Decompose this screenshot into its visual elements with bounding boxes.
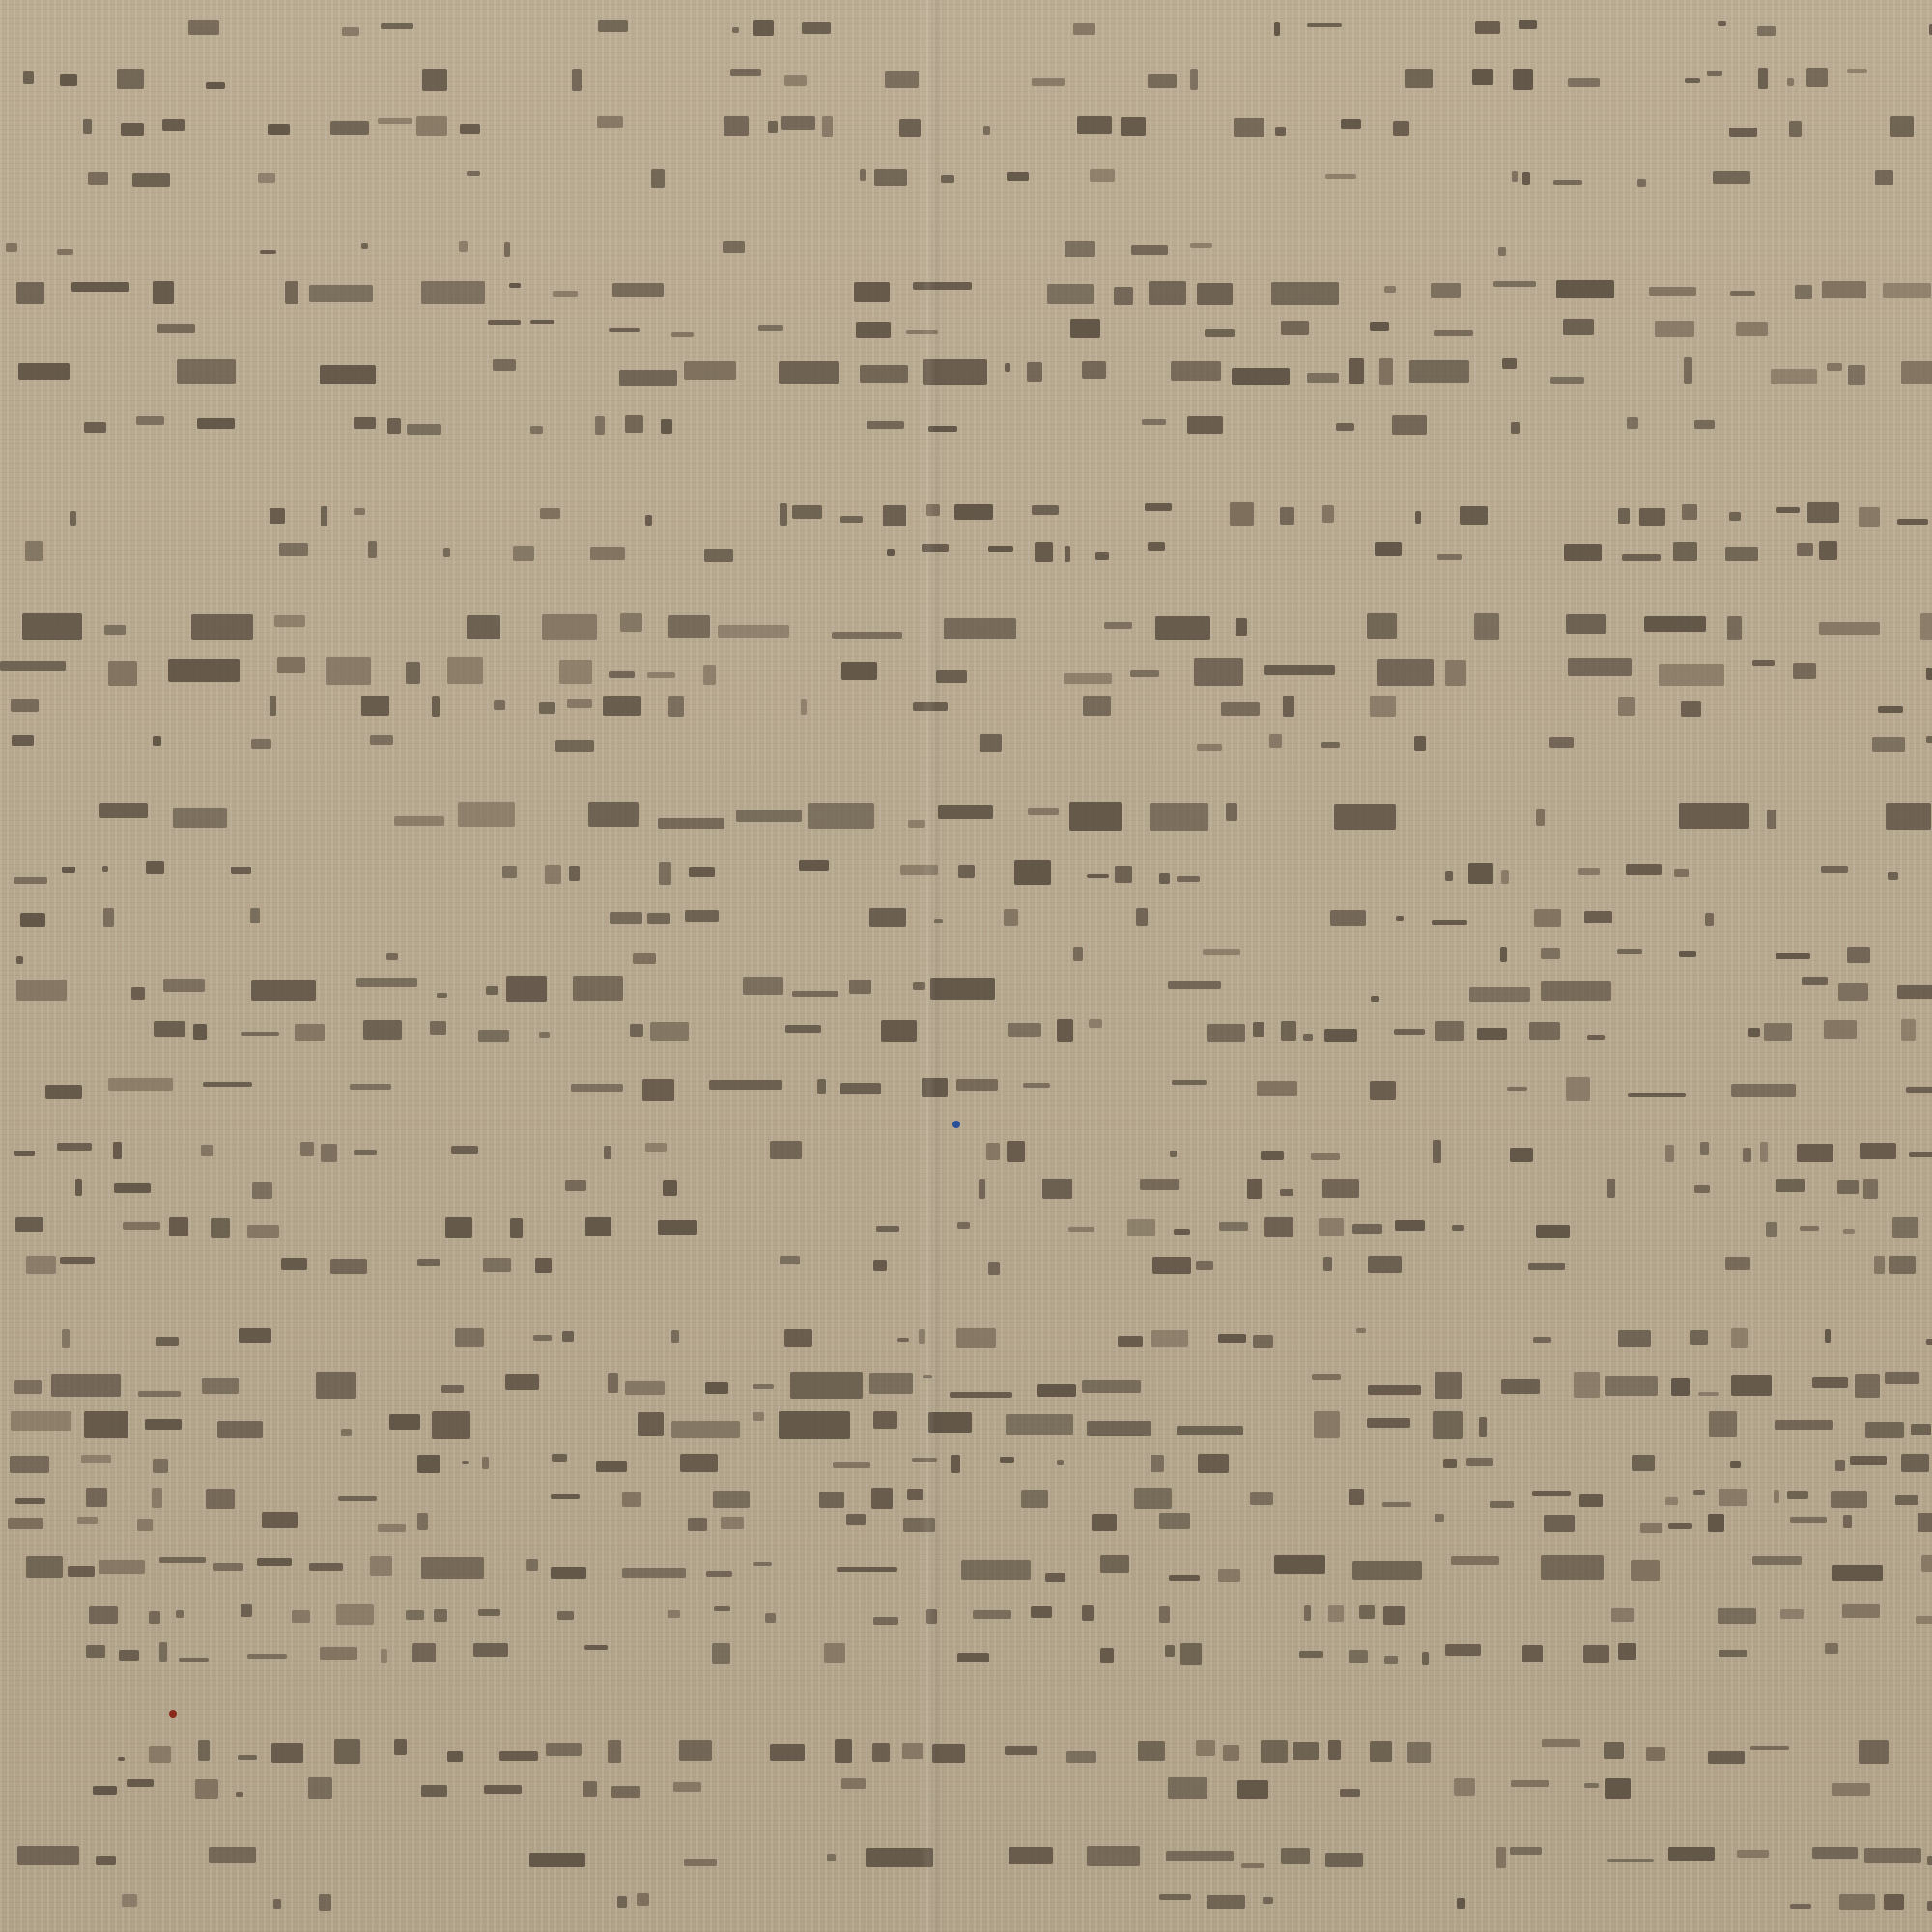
motif-stroke — [473, 1643, 508, 1658]
motif-stroke — [1415, 511, 1421, 524]
motif-stroke — [1878, 706, 1903, 713]
motif-stroke — [1431, 283, 1461, 298]
motif-stroke — [1159, 1894, 1191, 1900]
motif-stroke — [1637, 179, 1646, 187]
motif-stroke — [1926, 1339, 1932, 1345]
motif-stroke — [753, 1412, 764, 1421]
motif-stroke — [1730, 1461, 1741, 1468]
motif-stroke — [1377, 659, 1434, 686]
motif-stroke — [89, 1606, 118, 1624]
motif-stroke — [840, 1083, 880, 1094]
motif-stroke — [1149, 281, 1187, 305]
motif-stroke — [1730, 291, 1755, 296]
motif-stroke — [1775, 1420, 1832, 1430]
motif-stroke — [1865, 1422, 1903, 1438]
motif-stroke — [1479, 1417, 1487, 1437]
motif-stroke — [381, 1649, 387, 1663]
motif-stroke — [84, 1411, 128, 1438]
motif-stroke — [1752, 660, 1775, 666]
motif-stroke — [703, 665, 715, 684]
motif-stroke — [1927, 1856, 1932, 1865]
motif-stroke — [620, 613, 642, 632]
motif-stroke — [1802, 977, 1828, 986]
motif-stroke — [381, 23, 414, 29]
motif-stroke — [1445, 871, 1453, 881]
motif-stroke — [71, 282, 129, 292]
motif-stroke — [62, 1329, 71, 1347]
motif-stroke — [869, 1373, 912, 1395]
motif-stroke — [689, 867, 715, 877]
motif-stroke — [1197, 744, 1222, 750]
motif-stroke — [6, 243, 17, 252]
motif-stroke — [16, 980, 67, 1001]
motif-stroke — [1281, 1021, 1295, 1041]
motif-stroke — [1892, 1217, 1918, 1238]
motif-stroke — [1303, 1034, 1313, 1041]
motif-stroke — [274, 615, 306, 628]
motif-stroke — [1253, 1022, 1264, 1037]
motif-stroke — [321, 1144, 337, 1162]
motif-stroke — [1835, 1460, 1845, 1471]
motif-stroke — [647, 672, 674, 678]
motif-stroke — [1549, 737, 1574, 748]
motif-stroke — [417, 1259, 440, 1266]
motif-stroke — [1451, 1556, 1499, 1565]
motif-stroke — [17, 1846, 78, 1865]
motif-stroke — [899, 119, 920, 136]
motif-stroke — [608, 1373, 617, 1393]
motif-stroke — [136, 416, 164, 424]
motif-stroke — [1475, 21, 1500, 34]
motif-stroke — [1148, 542, 1165, 550]
motif-stroke — [1307, 373, 1339, 383]
motif-stroke — [743, 977, 783, 995]
motif-stroke — [1789, 121, 1802, 137]
motif-stroke — [279, 543, 309, 556]
motif-stroke — [1864, 1848, 1921, 1863]
motif-stroke — [1177, 876, 1200, 882]
motif-stroke — [1409, 360, 1469, 383]
motif-stroke — [1607, 1859, 1654, 1863]
motif-stroke — [956, 1079, 999, 1091]
motif-stroke — [1370, 1741, 1392, 1762]
motif-stroke — [770, 1141, 802, 1159]
motif-stroke — [1501, 870, 1509, 884]
motif-stroke — [1330, 910, 1366, 926]
motif-stroke — [1065, 241, 1096, 257]
motif-band — [0, 68, 1932, 91]
motif-stroke — [334, 1739, 360, 1764]
motif-stroke — [447, 1751, 463, 1761]
motif-stroke — [551, 1567, 586, 1579]
motif-stroke — [217, 1421, 263, 1437]
motif-stroke — [273, 1899, 281, 1910]
motif-stroke — [780, 1256, 800, 1264]
motif-stroke — [611, 1786, 640, 1798]
motif-band — [0, 1512, 1932, 1533]
motif-stroke — [26, 1256, 56, 1274]
motif-stroke — [75, 1179, 82, 1196]
motif-stroke — [241, 1032, 279, 1036]
motif-stroke — [572, 69, 582, 90]
motif-stroke — [389, 1414, 421, 1430]
motif-stroke — [1671, 1378, 1690, 1396]
motif-stroke — [1780, 1609, 1804, 1619]
motif-stroke — [1165, 1645, 1175, 1657]
motif-stroke — [445, 1217, 471, 1237]
motif-band — [0, 502, 1932, 527]
motif-band — [0, 908, 1932, 927]
motif-stroke — [1500, 947, 1508, 962]
motif-stroke — [1274, 1555, 1325, 1574]
motif-stroke — [1435, 1372, 1462, 1399]
motif-stroke — [1234, 118, 1264, 137]
motif-stroke — [659, 862, 671, 885]
motif-stroke — [77, 1517, 98, 1524]
motif-stroke — [370, 1556, 392, 1576]
motif-stroke — [645, 1143, 667, 1152]
motif-stroke — [1895, 1495, 1918, 1505]
motif-stroke — [1825, 1329, 1831, 1343]
motif-stroke — [23, 71, 34, 84]
motif-stroke — [1454, 1778, 1475, 1796]
motif-band — [0, 976, 1932, 1003]
motif-stroke — [162, 119, 185, 132]
motif-stroke — [202, 1378, 239, 1393]
motif-stroke — [555, 740, 594, 752]
motif-stroke — [1134, 1488, 1172, 1508]
motif-stroke — [394, 1739, 407, 1754]
motif-stroke — [1370, 322, 1389, 332]
motif-stroke — [361, 696, 390, 716]
motif-stroke — [1368, 1256, 1402, 1273]
motif-stroke — [1713, 171, 1750, 184]
motif-stroke — [1367, 1418, 1409, 1428]
motif-stroke — [14, 1151, 35, 1156]
motif-stroke — [854, 282, 889, 301]
motif-stroke — [1522, 1645, 1543, 1663]
motif-stroke — [1274, 22, 1280, 36]
motif-stroke — [14, 1380, 43, 1394]
motif-stroke — [1323, 1257, 1332, 1270]
motif-stroke — [1800, 1226, 1820, 1231]
rug-texture-photo — [0, 0, 1932, 1932]
motif-stroke — [753, 20, 774, 35]
motif-stroke — [197, 418, 235, 429]
motif-stroke — [1605, 1778, 1632, 1799]
motif-stroke — [957, 1653, 989, 1662]
motif-band — [0, 1777, 1932, 1799]
motif-stroke — [1774, 1490, 1779, 1503]
motif-stroke — [590, 547, 625, 560]
motif-stroke — [1927, 1901, 1932, 1911]
motif-stroke — [1000, 1457, 1014, 1463]
motif-stroke — [354, 508, 365, 515]
motif-stroke — [1283, 696, 1294, 717]
motif-stroke — [60, 74, 77, 87]
motif-stroke — [1729, 512, 1742, 522]
motif-stroke — [622, 1492, 641, 1507]
motif-stroke — [1082, 361, 1106, 379]
motif-stroke — [159, 1557, 207, 1563]
motif-stroke — [506, 976, 547, 1002]
motif-stroke — [980, 734, 1002, 752]
motif-stroke — [1322, 505, 1334, 523]
motif-stroke — [203, 1082, 252, 1088]
motif-stroke — [1674, 869, 1690, 877]
motif-stroke — [1496, 1847, 1506, 1868]
motif-stroke — [714, 1606, 731, 1610]
motif-band — [0, 319, 1932, 338]
motif-stroke — [1821, 866, 1848, 873]
motif-stroke — [88, 172, 108, 184]
motif-stroke — [1433, 1411, 1463, 1439]
motif-stroke — [1822, 281, 1866, 298]
motif-stroke — [1151, 1455, 1163, 1472]
motif-stroke — [542, 614, 598, 640]
motif-stroke — [421, 281, 485, 304]
motif-stroke — [1679, 951, 1697, 957]
motif-stroke — [1568, 78, 1600, 86]
motif-stroke — [595, 416, 605, 435]
motif-stroke — [1136, 908, 1147, 926]
motif-stroke — [799, 860, 829, 871]
motif-stroke — [1468, 863, 1493, 884]
motif-stroke — [1087, 1421, 1152, 1435]
motif-stroke — [406, 662, 420, 684]
motif-band — [0, 241, 1932, 257]
motif-stroke — [539, 702, 555, 715]
motif-stroke — [1328, 1605, 1343, 1622]
motif-stroke — [127, 1779, 153, 1787]
motif-stroke — [1068, 1227, 1094, 1233]
motif-stroke — [684, 1859, 717, 1866]
motif-stroke — [231, 867, 251, 874]
motif-stroke — [647, 913, 670, 925]
motif-stroke — [251, 739, 271, 749]
motif-stroke — [1247, 1179, 1262, 1199]
motif-stroke — [1842, 1604, 1880, 1618]
motif-stroke — [1901, 1019, 1916, 1041]
motif-stroke — [958, 865, 975, 877]
motif-stroke — [437, 993, 447, 998]
motif-stroke — [792, 505, 822, 519]
motif-stroke — [650, 1022, 689, 1041]
motif-stroke — [1708, 1751, 1746, 1764]
motif-stroke — [394, 816, 443, 827]
motif-stroke — [1083, 696, 1111, 715]
motif-stroke — [169, 1217, 187, 1236]
motif-stroke — [1731, 1084, 1796, 1097]
motif-stroke — [1236, 618, 1247, 635]
motif-stroke — [1005, 1746, 1038, 1754]
motif-stroke — [1831, 1491, 1867, 1508]
motif-stroke — [1584, 1783, 1599, 1788]
motif-stroke — [1790, 1904, 1811, 1909]
motif-stroke — [1114, 287, 1133, 304]
motif-stroke — [1087, 1846, 1141, 1867]
motif-stroke — [619, 370, 677, 386]
motif-stroke — [1541, 1555, 1604, 1580]
motif-stroke — [1077, 116, 1111, 134]
motif-stroke — [873, 1617, 897, 1625]
motif-stroke — [1340, 1789, 1360, 1797]
motif-stroke — [1263, 1897, 1273, 1904]
motif-stroke — [1037, 1384, 1076, 1397]
motif-stroke — [370, 735, 393, 746]
motif-stroke — [1100, 1555, 1130, 1572]
motif-stroke — [846, 1514, 866, 1525]
motif-stroke — [1819, 541, 1837, 560]
blue-fleck — [952, 1121, 960, 1128]
motif-stroke — [191, 614, 253, 640]
motif-stroke — [688, 1518, 706, 1531]
motif-stroke — [1921, 1555, 1932, 1572]
motif-stroke — [1541, 981, 1612, 1001]
motif-stroke — [386, 953, 398, 960]
motif-stroke — [1307, 23, 1342, 27]
motif-stroke — [1574, 1372, 1600, 1398]
motif-stroke — [177, 359, 236, 384]
motif-band — [0, 860, 1932, 885]
motif-stroke — [118, 1757, 124, 1761]
motif-stroke — [1253, 1335, 1274, 1348]
motif-stroke — [559, 660, 592, 684]
motif-stroke — [1501, 1379, 1540, 1394]
motif-stroke — [458, 802, 515, 827]
motif-stroke — [319, 1894, 332, 1911]
motif-stroke — [1152, 1257, 1191, 1273]
motif-stroke — [122, 1894, 137, 1906]
motif-stroke — [321, 506, 328, 526]
motif-band — [0, 1328, 1932, 1348]
motif-stroke — [732, 27, 739, 33]
motif-stroke — [1766, 1222, 1777, 1237]
motif-stroke — [1727, 616, 1742, 639]
motif-stroke — [1032, 78, 1065, 86]
motif-stroke — [1435, 1514, 1444, 1522]
motif-stroke — [1832, 1565, 1883, 1581]
motif-stroke — [117, 69, 144, 90]
motif-stroke — [153, 1459, 168, 1473]
motif-stroke — [478, 1030, 509, 1041]
motif-stroke — [1264, 665, 1335, 675]
motif-stroke — [535, 1258, 553, 1273]
motif-stroke — [1031, 1606, 1053, 1618]
motif-stroke — [1507, 1087, 1527, 1091]
motif-stroke — [131, 987, 145, 1000]
motif-stroke — [1352, 1561, 1422, 1581]
motif-stroke — [673, 1782, 701, 1791]
motif-stroke — [1618, 508, 1631, 524]
motif-stroke — [1218, 1569, 1240, 1583]
motif-stroke — [1776, 953, 1810, 959]
motif-stroke — [1668, 1523, 1692, 1529]
motif-stroke — [1536, 1225, 1570, 1238]
motif-stroke — [1528, 1263, 1565, 1270]
motif-stroke — [1170, 1151, 1177, 1157]
motif-stroke — [363, 1020, 401, 1040]
motif-stroke — [598, 20, 628, 32]
motif-stroke — [1321, 742, 1340, 748]
motif-stroke — [138, 1391, 181, 1397]
motif-stroke — [1433, 1140, 1441, 1163]
motif-stroke — [1901, 1454, 1929, 1472]
motif-stroke — [1812, 1377, 1848, 1388]
red-fleck — [169, 1710, 177, 1718]
motif-stroke — [1477, 1028, 1507, 1040]
motif-stroke — [571, 1084, 624, 1092]
motif-stroke — [1812, 1847, 1859, 1859]
motif-stroke — [467, 615, 501, 639]
motif-stroke — [1510, 1847, 1542, 1855]
motif-stroke — [609, 671, 636, 677]
motif-stroke — [871, 1488, 893, 1508]
motif-stroke — [638, 1412, 664, 1436]
motif-stroke — [1563, 319, 1594, 335]
motif-stroke — [378, 1524, 406, 1533]
motif-stroke — [1797, 543, 1813, 555]
motif-stroke — [860, 169, 866, 181]
motif-stroke — [1177, 1426, 1243, 1435]
motif-stroke — [1371, 996, 1379, 1001]
motif-stroke — [201, 1145, 213, 1155]
motif-stroke — [661, 419, 671, 435]
motif-stroke — [460, 124, 480, 134]
motif-stroke — [1708, 1514, 1724, 1532]
motif-stroke — [622, 1568, 686, 1577]
motif-stroke — [1611, 1608, 1634, 1622]
motif-stroke — [108, 661, 137, 686]
motif-stroke — [153, 281, 174, 304]
motif-stroke — [1474, 613, 1499, 640]
motif-stroke — [1118, 1336, 1143, 1347]
motif-stroke — [1824, 1020, 1856, 1040]
motif-stroke — [1349, 1650, 1368, 1663]
motif-stroke — [51, 1374, 122, 1398]
motif-stroke — [1709, 1411, 1736, 1437]
motif-stroke — [545, 865, 561, 884]
motif-stroke — [1859, 1740, 1889, 1764]
motif-stroke — [1328, 1740, 1340, 1760]
motif-stroke — [1069, 802, 1122, 830]
motif-stroke — [326, 657, 371, 684]
motif-stroke — [1743, 1148, 1750, 1162]
motif-stroke — [1825, 1643, 1838, 1654]
motif-stroke — [567, 699, 592, 708]
motif-stroke — [1731, 1328, 1747, 1348]
motif-stroke — [832, 632, 902, 639]
motif-stroke — [262, 1512, 298, 1528]
motif-stroke — [897, 1338, 909, 1342]
motif-stroke — [163, 979, 205, 992]
motif-band — [0, 1256, 1932, 1275]
motif-stroke — [1155, 616, 1210, 640]
motif-stroke — [309, 285, 373, 302]
motif-stroke — [1513, 69, 1534, 90]
motif-stroke — [780, 503, 786, 526]
motif-stroke — [1241, 1863, 1264, 1868]
motif-stroke — [1196, 1740, 1214, 1756]
motif-stroke — [412, 1643, 436, 1662]
motif-band — [0, 1893, 1932, 1911]
motif-stroke — [546, 1743, 582, 1755]
motif-stroke — [505, 1374, 539, 1390]
motif-stroke — [1926, 668, 1932, 680]
motif-stroke — [597, 116, 623, 128]
motif-stroke — [1379, 358, 1393, 385]
motif-stroke — [1767, 810, 1776, 829]
